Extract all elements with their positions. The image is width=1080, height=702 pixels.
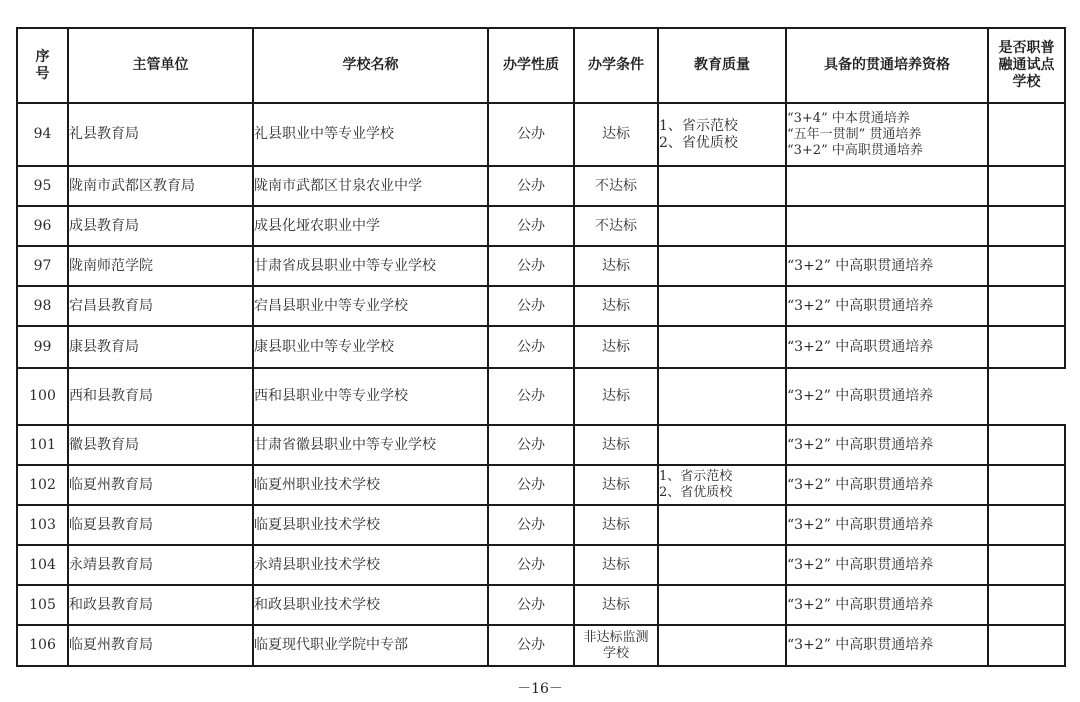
cell-nature: 公办	[488, 465, 574, 505]
cell-conditions: 达标	[574, 425, 658, 465]
cell-conditions: 达标	[574, 368, 658, 425]
cell-seq: 104	[17, 545, 68, 585]
cell-conditions: 非达标监测 学校	[574, 625, 658, 666]
header-conditions: 办学条件	[574, 28, 658, 103]
cell-school: 临夏现代职业学院中专部	[253, 625, 488, 666]
cell-pilot	[988, 166, 1065, 206]
table-row: 103 临夏县教育局 临夏县职业技术学校 公办 达标 “3+2” 中高职贯通培养	[17, 505, 1065, 545]
cell-pilot	[988, 545, 1065, 585]
cell-quality	[658, 505, 786, 545]
cell-seq: 97	[17, 246, 68, 286]
cell-seq: 105	[17, 585, 68, 625]
cell-school: 和政县职业技术学校	[253, 585, 488, 625]
cell-school: 康县职业中等专业学校	[253, 326, 488, 368]
cell-conditions: 达标	[574, 326, 658, 368]
cell-school: 临夏州职业技术学校	[253, 465, 488, 505]
cell-authority: 和政县教育局	[68, 585, 253, 625]
cell-pilot	[988, 465, 1065, 505]
cell-seq: 95	[17, 166, 68, 206]
cell-nature: 公办	[488, 326, 574, 368]
cell-qualification: “3+4” 中本贯通培养 “五年一贯制” 贯通培养 “3+2” 中高职贯通培养	[786, 103, 988, 166]
cell-school: 成县化垭农职业中学	[253, 206, 488, 246]
cell-school: 宕昌县职业中等专业学校	[253, 286, 488, 326]
cell-seq: 99	[17, 326, 68, 368]
schools-table: 序 号 主管单位 学校名称 办学性质 办学条件 教育质量 具备的贯通培养资格 是…	[16, 27, 1066, 667]
cell-conditions: 不达标	[574, 166, 658, 206]
cell-nature: 公办	[488, 505, 574, 545]
table-row: 96 成县教育局 成县化垭农职业中学 公办 不达标	[17, 206, 1065, 246]
cell-nature: 公办	[488, 425, 574, 465]
cell-conditions: 达标	[574, 103, 658, 166]
cell-qualification: “3+2” 中高职贯通培养	[786, 368, 988, 425]
cell-nature: 公办	[488, 545, 574, 585]
cell-conditions: 达标	[574, 286, 658, 326]
cell-authority: 临夏州教育局	[68, 625, 253, 666]
cell-seq: 94	[17, 103, 68, 166]
cell-seq: 103	[17, 505, 68, 545]
cell-pilot	[988, 286, 1065, 326]
table-row: 101 徽县教育局 甘肃省徽县职业中等专业学校 公办 达标 “3+2” 中高职贯…	[17, 425, 1065, 465]
cell-school: 陇南市武都区甘泉农业中学	[253, 166, 488, 206]
cell-nature: 公办	[488, 368, 574, 425]
table-row: 102 临夏州教育局 临夏州职业技术学校 公办 达标 1、省示范校 2、省优质校…	[17, 465, 1065, 505]
cell-qualification: “3+2” 中高职贯通培养	[786, 505, 988, 545]
cell-conditions: 不达标	[574, 206, 658, 246]
cell-qualification: “3+2” 中高职贯通培养	[786, 625, 988, 666]
cell-school: 礼县职业中等专业学校	[253, 103, 488, 166]
cell-quality	[658, 585, 786, 625]
cell-nature: 公办	[488, 246, 574, 286]
cell-pilot	[988, 368, 1065, 425]
cell-qualification: “3+2” 中高职贯通培养	[786, 545, 988, 585]
cell-qualification: “3+2” 中高职贯通培养	[786, 286, 988, 326]
cell-pilot	[988, 246, 1065, 286]
cell-authority: 陇南市武都区教育局	[68, 166, 253, 206]
cell-authority: 临夏县教育局	[68, 505, 253, 545]
cell-conditions: 达标	[574, 505, 658, 545]
cell-nature: 公办	[488, 103, 574, 166]
cell-school: 甘肃省成县职业中等专业学校	[253, 246, 488, 286]
table-row: 105 和政县教育局 和政县职业技术学校 公办 达标 “3+2” 中高职贯通培养	[17, 585, 1065, 625]
cell-school: 西和县职业中等专业学校	[253, 368, 488, 425]
cell-seq: 98	[17, 286, 68, 326]
cell-nature: 公办	[488, 166, 574, 206]
cell-pilot	[988, 585, 1065, 625]
cell-authority: 成县教育局	[68, 206, 253, 246]
cell-quality: 1、省示范校 2、省优质校	[658, 465, 786, 505]
cell-school: 永靖县职业技术学校	[253, 545, 488, 585]
header-pilot: 是否职普 融通试点 学校	[988, 28, 1065, 103]
header-school: 学校名称	[253, 28, 488, 103]
cell-conditions: 达标	[574, 585, 658, 625]
cell-quality	[658, 545, 786, 585]
cell-qualification: “3+2” 中高职贯通培养	[786, 585, 988, 625]
cell-school: 临夏县职业技术学校	[253, 505, 488, 545]
cell-pilot	[988, 103, 1065, 166]
cell-quality	[658, 425, 786, 465]
table-row: 94 礼县教育局 礼县职业中等专业学校 公办 达标 1、省示范校 2、省优质校 …	[17, 103, 1065, 166]
cell-nature: 公办	[488, 206, 574, 246]
cell-pilot	[988, 326, 1065, 368]
cell-qualification: “3+2” 中高职贯通培养	[786, 425, 988, 465]
table-row: 98 宕昌县教育局 宕昌县职业中等专业学校 公办 达标 “3+2” 中高职贯通培…	[17, 286, 1065, 326]
cell-quality: 1、省示范校 2、省优质校	[658, 103, 786, 166]
cell-authority: 临夏州教育局	[68, 465, 253, 505]
cell-seq: 101	[17, 425, 68, 465]
cell-qualification: “3+2” 中高职贯通培养	[786, 246, 988, 286]
cell-nature: 公办	[488, 625, 574, 666]
cell-nature: 公办	[488, 585, 574, 625]
cell-conditions: 达标	[574, 246, 658, 286]
header-nature: 办学性质	[488, 28, 574, 103]
cell-authority: 永靖县教育局	[68, 545, 253, 585]
cell-quality	[658, 206, 786, 246]
cell-authority: 礼县教育局	[68, 103, 253, 166]
cell-quality	[658, 326, 786, 368]
cell-pilot	[988, 505, 1065, 545]
cell-authority: 西和县教育局	[68, 368, 253, 425]
table-row: 106 临夏州教育局 临夏现代职业学院中专部 公办 非达标监测 学校 “3+2”…	[17, 625, 1065, 666]
cell-conditions: 达标	[574, 465, 658, 505]
cell-authority: 陇南师范学院	[68, 246, 253, 286]
document-page: 序 号 主管单位 学校名称 办学性质 办学条件 教育质量 具备的贯通培养资格 是…	[0, 0, 1080, 702]
cell-seq: 96	[17, 206, 68, 246]
page-number: －16－	[0, 678, 1080, 698]
cell-quality	[658, 625, 786, 666]
table-row: 95 陇南市武都区教育局 陇南市武都区甘泉农业中学 公办 不达标	[17, 166, 1065, 206]
table-row: 100 西和县教育局 西和县职业中等专业学校 公办 达标 “3+2” 中高职贯通…	[17, 368, 1065, 425]
cell-pilot	[988, 625, 1065, 666]
cell-qualification	[786, 206, 988, 246]
header-seq: 序 号	[17, 28, 68, 103]
cell-authority: 宕昌县教育局	[68, 286, 253, 326]
table-row: 99 康县教育局 康县职业中等专业学校 公办 达标 “3+2” 中高职贯通培养	[17, 326, 1065, 368]
cell-authority: 徽县教育局	[68, 425, 253, 465]
header-quality: 教育质量	[658, 28, 786, 103]
cell-quality	[658, 286, 786, 326]
cell-qualification	[786, 166, 988, 206]
table-row: 104 永靖县教育局 永靖县职业技术学校 公办 达标 “3+2” 中高职贯通培养	[17, 545, 1065, 585]
cell-quality	[658, 368, 786, 425]
table-row: 97 陇南师范学院 甘肃省成县职业中等专业学校 公办 达标 “3+2” 中高职贯…	[17, 246, 1065, 286]
header-row: 序 号 主管单位 学校名称 办学性质 办学条件 教育质量 具备的贯通培养资格 是…	[17, 28, 1065, 103]
header-authority: 主管单位	[68, 28, 253, 103]
cell-qualification: “3+2” 中高职贯通培养	[786, 465, 988, 505]
cell-quality	[658, 246, 786, 286]
cell-quality	[658, 166, 786, 206]
header-qualification: 具备的贯通培养资格	[786, 28, 988, 103]
cell-conditions: 达标	[574, 545, 658, 585]
cell-school: 甘肃省徽县职业中等专业学校	[253, 425, 488, 465]
cell-pilot	[988, 425, 1065, 465]
cell-qualification: “3+2” 中高职贯通培养	[786, 326, 988, 368]
cell-seq: 102	[17, 465, 68, 505]
cell-authority: 康县教育局	[68, 326, 253, 368]
cell-seq: 106	[17, 625, 68, 666]
cell-seq: 100	[17, 368, 68, 425]
cell-nature: 公办	[488, 286, 574, 326]
cell-pilot	[988, 206, 1065, 246]
